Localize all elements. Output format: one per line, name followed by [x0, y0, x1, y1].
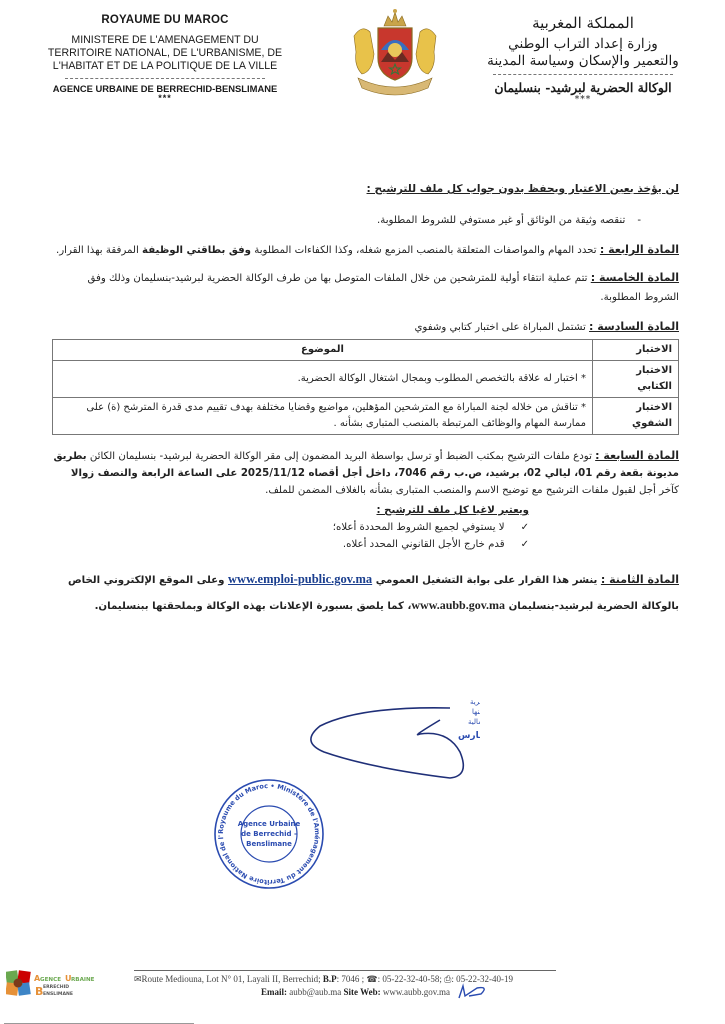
footer-web-row: Email: aubb@aub.ma Site Web: www.aubb.go…	[134, 986, 574, 999]
article-8-text: ينشر هذا القرار على بوابة التشغيل العموم…	[372, 575, 601, 586]
footer-address-row: ✉Route Mediouna, Lot N° 01, Layali II, B…	[134, 973, 574, 986]
article-7-title: المادة السابعة :	[595, 449, 679, 462]
article-5: المادة الخامسة : تتم عملية انتقاء أولية …	[52, 268, 679, 307]
kingdom-title-ar: المملكة المغربية	[473, 14, 693, 32]
divider	[65, 78, 265, 79]
table-cell-topic: * تناقش من خلاله لجنة المباراة مع المترش…	[53, 398, 593, 435]
void-heading-wrap: ويعتبر لاغيا كل ملف للترشيح :	[52, 502, 529, 519]
stars-ornament: ***	[473, 95, 693, 105]
signature-stamp: عن مديرة الوكالة الحضرية لبرشيد - بنسليم…	[300, 690, 480, 785]
table-header-exam: الاختبار	[593, 340, 679, 361]
round-stamp-inner: Benslimane	[246, 840, 292, 848]
table-header-topic: الموضوع	[53, 340, 593, 361]
article-4-title: المادة الرابعة :	[600, 243, 679, 256]
agency-name-ar: الوكالة الحضرية لبرشيد- بنسليمان	[473, 80, 693, 95]
ministry-name-fr: MINISTERE DE L'AMENAGEMENT DU TERRITOIRE…	[40, 34, 290, 73]
agency-logo: A GENCE U RBAINE B ERRECHID ENSLIMANE	[6, 969, 96, 999]
article-6-text: تشتمل المباراة على اختبار كتابي وشفوي	[414, 322, 585, 333]
aubb-url: www.aubb.gov.ma	[411, 598, 505, 612]
article-4-text: تحدد المهام والمواصفات المتعلقة بالمنصب …	[251, 245, 597, 256]
site-url[interactable]: www.aubb.gov.ma	[383, 987, 450, 997]
stamp-line: رئيس مديرية الشؤون الإدارية والمالية	[468, 718, 480, 726]
void-conditions-list: لا يستوفي لجميع الشروط المحددة أعلاه؛ قد…	[52, 519, 529, 553]
stars-ornament: ***	[40, 93, 290, 103]
logo-text: RBAINE	[71, 977, 95, 983]
void-condition: لا يستوفي لجميع الشروط المحددة أعلاه؛	[52, 519, 529, 536]
article-7-text: تودع ملفات الترشيح بمكتب الضبط أو ترسل ب…	[87, 451, 592, 462]
article-5-title: المادة الخامسة :	[591, 271, 679, 284]
stamp-line: لبرشيد - بنسليمان وبتفويض منها	[472, 708, 480, 716]
ministry-line: والتعمير والإسكان وسياسة المدينة	[473, 53, 693, 70]
bp-label: B.P	[323, 974, 337, 984]
table-cell-exam: الاختبار الشفوي	[593, 398, 679, 435]
table-cell-exam: الاختبار الكتابي	[593, 361, 679, 398]
bp-value: : 7046 ;	[337, 974, 365, 984]
kingdom-title-fr: ROYAUME DU MAROC	[40, 14, 290, 26]
document-body: لن يؤخذ بعين الاعتبار ويحفظ بدون جواب كل…	[52, 180, 679, 619]
ministry-line: MINISTERE DE L'AMENAGEMENT DU	[40, 34, 290, 47]
ministry-line: L'HABITAT ET DE LA POLITIQUE DE LA VILLE	[40, 60, 290, 73]
exam-table: الاختبار الموضوع الاختبار الكتابي * اختب…	[52, 339, 679, 435]
header-french: ROYAUME DU MAROC MINISTERE DE L'AMENAGEM…	[40, 14, 290, 103]
email-address[interactable]: aubb@aub.ma	[289, 987, 341, 997]
initials-signature	[455, 982, 493, 1000]
footer-divider	[134, 970, 556, 971]
article-8-title: المادة الثامنة :	[601, 573, 679, 586]
phone-number: : 05-22-32-40-58;	[378, 974, 442, 984]
ministry-line: وزارة إعداد التراب الوطني	[473, 36, 693, 53]
logo-text: ENSLIMANE	[43, 991, 73, 997]
ministry-line: TERRITOIRE NATIONAL, DE L'URBANISME, DE	[40, 47, 290, 60]
signature-scribble	[311, 708, 463, 778]
coat-of-arms-icon	[348, 6, 442, 98]
logo-text: GENCE	[40, 977, 61, 983]
table-header-row: الاختبار الموضوع	[53, 340, 679, 361]
ministry-name-ar: وزارة إعداد التراب الوطني والتعمير والإس…	[473, 36, 693, 70]
logo-text: ERRECHID	[43, 984, 69, 990]
header-arabic: المملكة المغربية وزارة إعداد التراب الوط…	[473, 14, 693, 105]
article-8: المادة الثامنة : ينشر هذا القرار على بوا…	[52, 567, 679, 619]
footer-contact: ✉Route Mediouna, Lot N° 01, Layali II, B…	[134, 973, 574, 999]
footer: A GENCE U RBAINE B ERRECHID ENSLIMANE ✉R…	[0, 965, 725, 1024]
article-4-bold: وفق بطاقتي الوظيفة	[142, 245, 251, 256]
rejection-item: تنقصه وثيقة من الوثائق أو غير مستوفي للش…	[52, 211, 641, 230]
table-row: الاختبار الشفوي * تناقش من خلاله لجنة ال…	[53, 398, 679, 435]
void-condition: قدم خارج الأجل القانوني المحدد أعلاه.	[52, 536, 529, 553]
email-label: Email:	[261, 987, 287, 997]
stamp-signatory: إمضاء : سمير فارس	[458, 731, 480, 741]
round-stamp-inner: Agence Urbaine	[238, 820, 301, 828]
table-cell-topic: * اختبار له علاقة بالتخصص المطلوب وبمجال…	[53, 361, 593, 398]
rejection-heading: لن يؤخذ بعين الاعتبار ويحفظ بدون جواب كل…	[52, 180, 679, 199]
article-6-title: المادة السادسة :	[589, 320, 679, 333]
article-7-text-end: كآخر أجل لقبول ملفات الترشيح مع توضيح ال…	[265, 485, 679, 496]
article-6: المادة السادسة : تشتمل المباراة على اختب…	[52, 317, 679, 337]
stamp-line: عن مديرة الوكالة الحضرية	[470, 698, 480, 706]
void-heading: ويعتبر لاغيا كل ملف للترشيح :	[376, 505, 529, 516]
mail-icon: ✉	[134, 974, 142, 984]
table-row: الاختبار الكتابي * اختبار له علاقة بالتخ…	[53, 361, 679, 398]
round-stamp: Royaume du Maroc • Ministère de l'Aménag…	[210, 775, 328, 893]
phone-icon: ☎	[366, 974, 377, 984]
article-4: المادة الرابعة : تحدد المهام والمواصفات …	[52, 240, 679, 260]
article-8-text-end: ، كما يلصق بسبورة الإعلانات بهذه الوكالة…	[95, 601, 412, 612]
site-label: Site Web:	[344, 987, 381, 997]
article-7: المادة السابعة : تودع ملفات الترشيح بمكت…	[52, 447, 679, 499]
emploi-public-link[interactable]: www.emploi-public.gov.ma	[228, 572, 372, 586]
article-4-text-end: المرفقة بهذا القرار.	[56, 245, 142, 256]
divider	[493, 74, 673, 75]
footer-address: Route Mediouna, Lot N° 01, Layali II, Be…	[142, 974, 321, 984]
round-stamp-inner: de Berrechid -	[241, 830, 297, 838]
